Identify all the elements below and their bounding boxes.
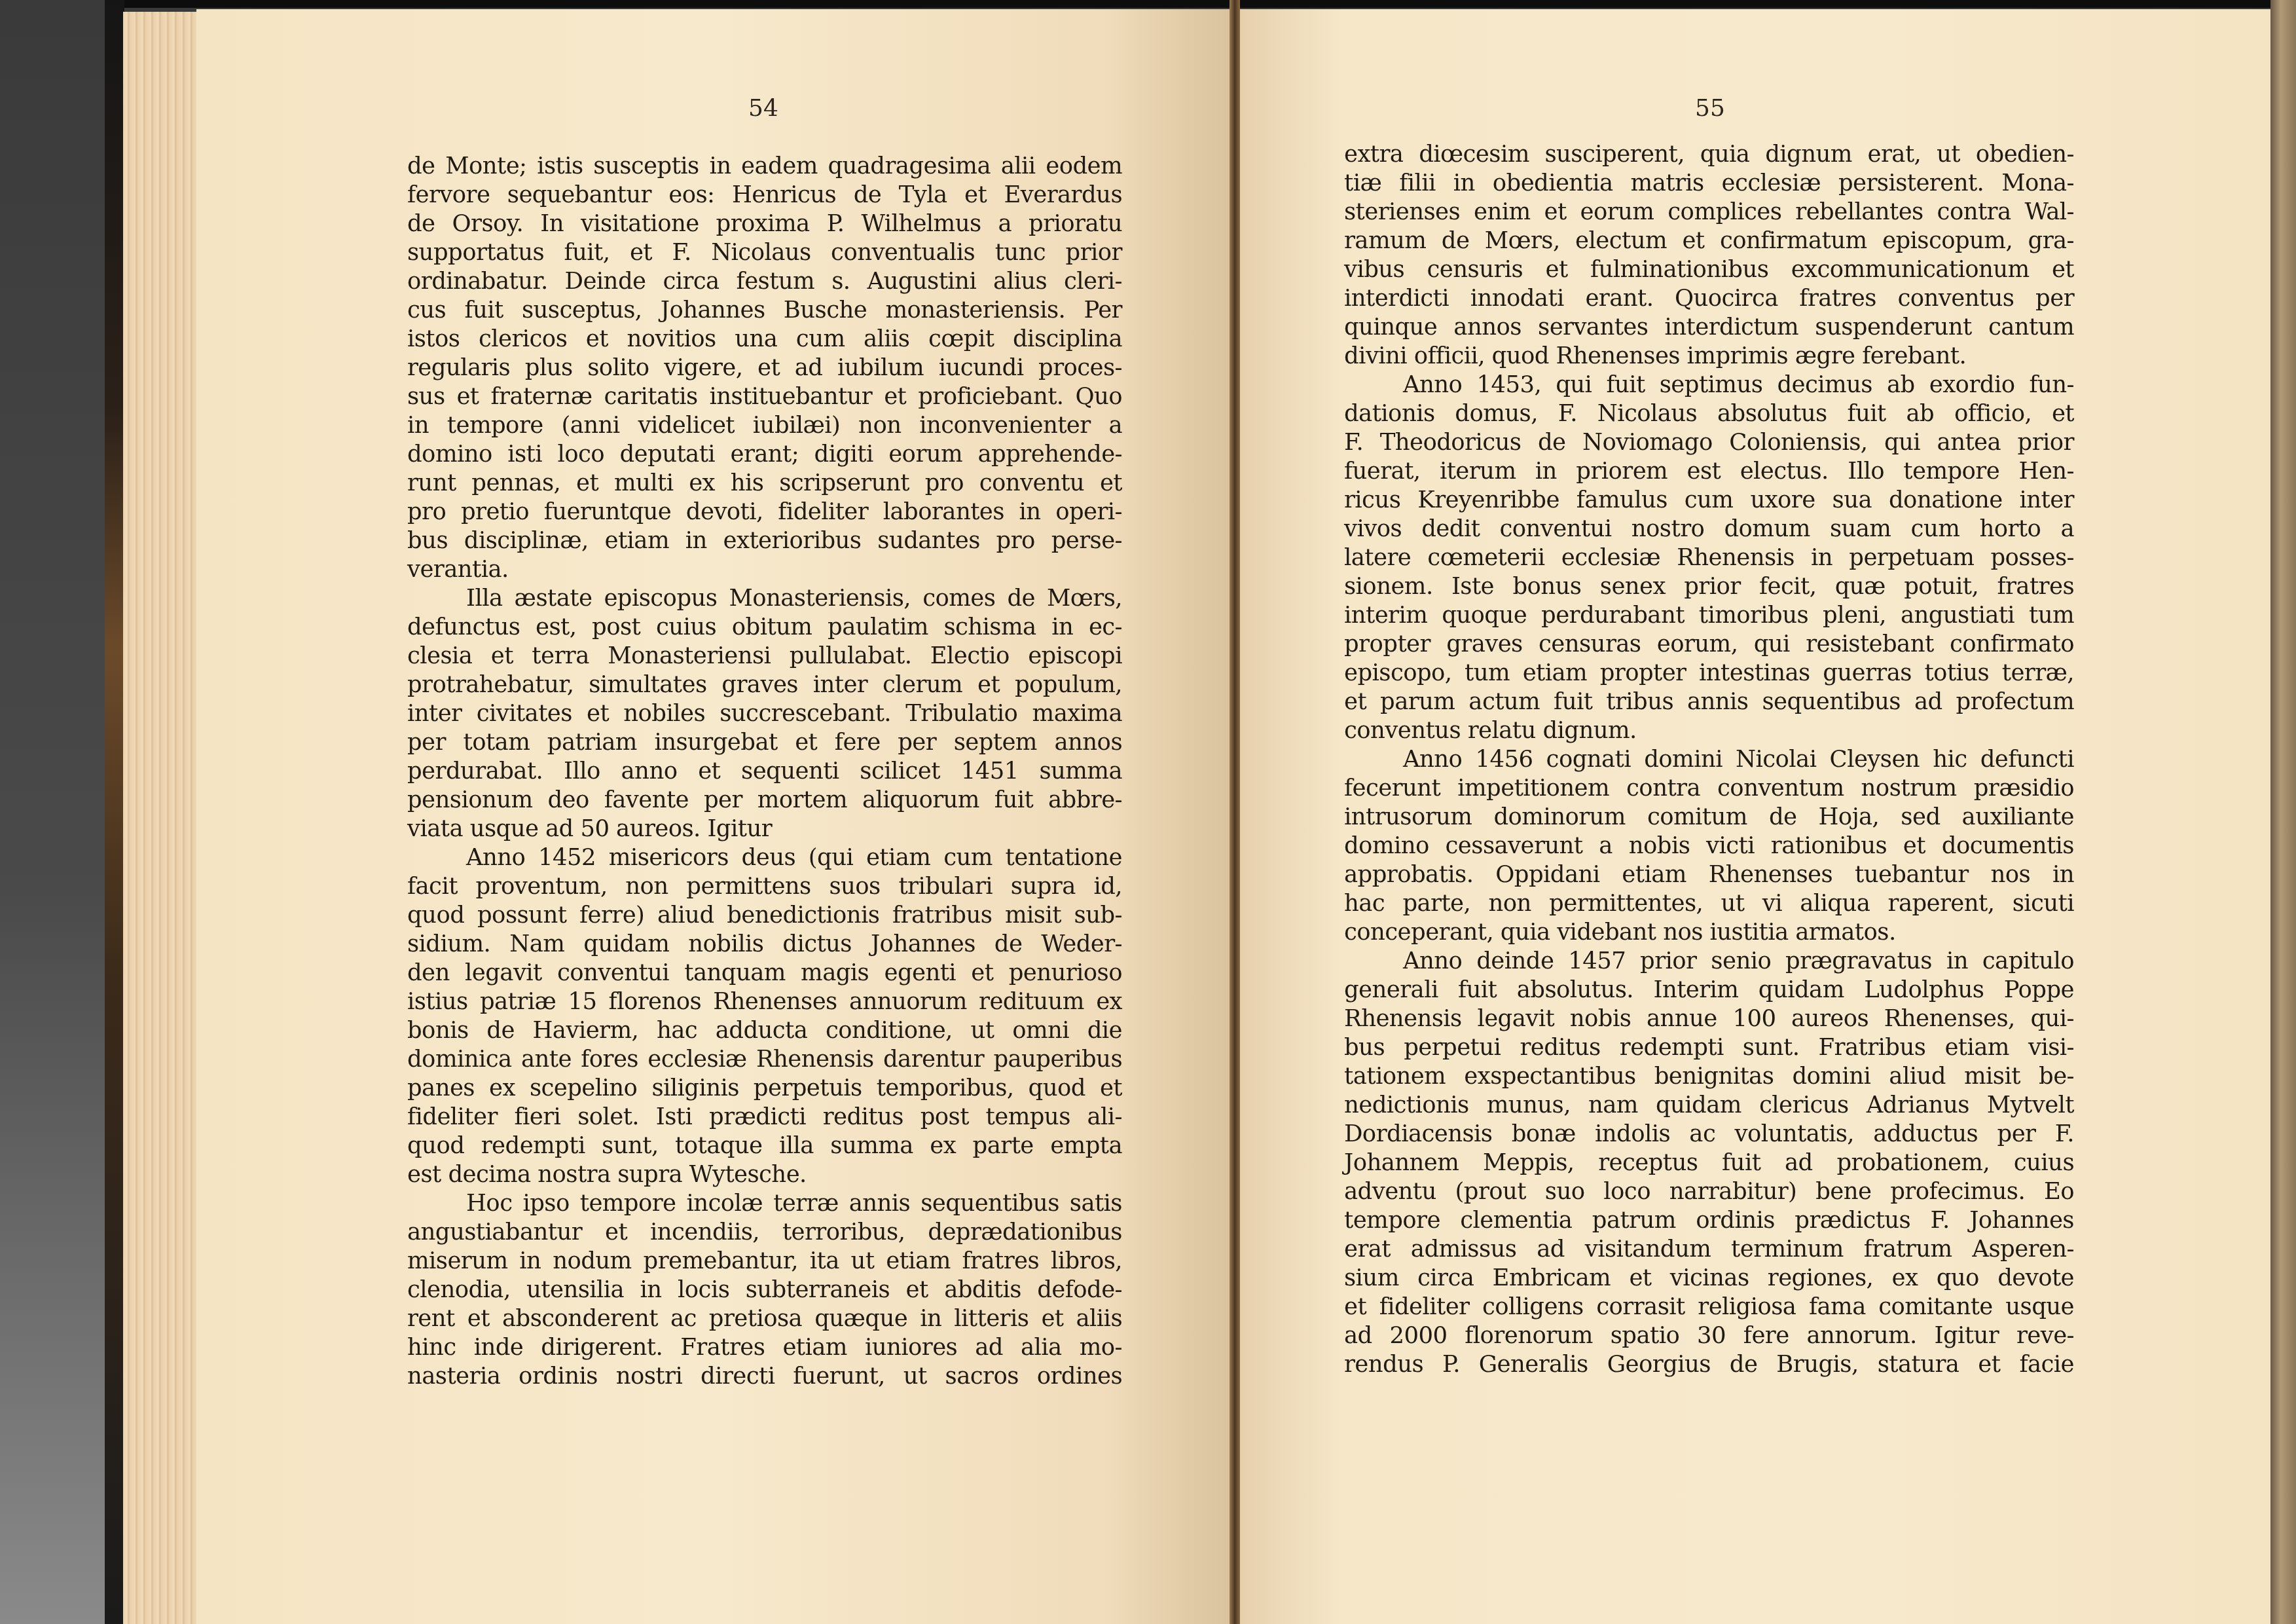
text-line: hinc inde dirigerent. Fratres etiam iuni… <box>407 1333 1122 1362</box>
text-line: tationem exspectantibus benignitas domin… <box>1344 1062 2074 1091</box>
text-line: Anno 1452 misericors deus (qui etiam cum… <box>407 843 1122 872</box>
text-line: Anno 1453, qui fuit septimus decimus ab … <box>1344 371 2074 399</box>
text-line: rent et absconderent ac pretiosa quæque … <box>407 1304 1122 1333</box>
text-line: interim quoque perdurabant timoribus ple… <box>1344 601 2074 630</box>
text-line: rendus P. Generalis Georgius de Brugis, … <box>1344 1350 2074 1379</box>
text-line: angustiabantur et incendiis, terroribus,… <box>407 1218 1122 1247</box>
text-line: fervore sequebantur eos: Henricus de Tyl… <box>407 181 1122 210</box>
text-line: bus disciplinæ, etiam in exterioribus su… <box>407 526 1122 555</box>
text-line: extra diœcesim susciperent, quia dignum … <box>1344 140 2074 169</box>
text-line: miserum in nodum premebantur, ita ut eti… <box>407 1247 1122 1276</box>
page-stack-edges <box>123 12 198 1624</box>
book-cover-left-edge <box>105 0 124 1624</box>
text-line: fideliter fieri solet. Isti prædicti red… <box>407 1103 1122 1132</box>
text-line: ad 2000 florenorum spatio 30 fere annoru… <box>1344 1321 2074 1350</box>
text-line: quod redempti sunt, totaque illa summa e… <box>407 1132 1122 1160</box>
text-line: domino isti loco deputati erant; digiti … <box>407 440 1122 469</box>
text-line: intrusorum dominorum comitum de Hoja, se… <box>1344 803 2074 832</box>
text-line: nasteria ordinis nostri directi fuerunt,… <box>407 1362 1122 1391</box>
text-line: pensionum deo favente per mortem aliquor… <box>407 786 1122 815</box>
text-line: in tempore (anni videlicet iubilæi) non … <box>407 411 1122 440</box>
text-line: verantia. <box>407 555 1122 584</box>
text-line: quod possunt ferre) aliud benedictionis … <box>407 901 1122 930</box>
text-line: Rhenensis legavit nobis annue 100 aureos… <box>1344 1005 2074 1033</box>
text-line: runt pennas, et multi ex his scripserunt… <box>407 469 1122 498</box>
text-line: bus perpetui reditus redempti sunt. Frat… <box>1344 1033 2074 1062</box>
text-line: per totam patriam insurgebat et fere per… <box>407 728 1122 757</box>
text-line: dominica ante fores ecclesiæ Rhenensis d… <box>407 1045 1122 1074</box>
text-line: clesia et terra Monasteriensi pullulabat… <box>407 642 1122 671</box>
text-line: den legavit conventui tanquam magis egen… <box>407 959 1122 987</box>
text-line: tiæ filii in obedientia matris ecclesiæ … <box>1344 169 2074 198</box>
text-line: pro pretio fueruntque devoti, fideliter … <box>407 498 1122 526</box>
book-right-edge <box>2270 0 2296 1624</box>
text-line: erat admissus ad visitandum terminum fra… <box>1344 1235 2074 1264</box>
text-line: est decima nostra supra Wytesche. <box>407 1160 1122 1189</box>
text-line: perdurabat. Illo anno et sequenti scilic… <box>407 757 1122 786</box>
text-line: istius patriæ 15 florenos Rhenenses annu… <box>407 987 1122 1016</box>
text-line: sionem. Iste bonus senex prior fecit, qu… <box>1344 572 2074 601</box>
text-line: clenodia, utensilia in locis subterranei… <box>407 1276 1122 1304</box>
text-line: et fideliter colligens corrasit religios… <box>1344 1293 2074 1321</box>
text-line: regularis plus solito vigere, et ad iubi… <box>407 354 1122 382</box>
text-line: conceperant, quia videbant nos iustitia … <box>1344 918 2074 947</box>
text-line: de Monte; istis susceptis in eadem quadr… <box>407 152 1122 181</box>
text-line: quinque annos servantes interdictum susp… <box>1344 313 2074 342</box>
text-line: Illa æstate episcopus Monasteriensis, co… <box>407 584 1122 613</box>
text-line: Dordiacensis bonæ indolis ac voluntatis,… <box>1344 1120 2074 1149</box>
text-line: ramum de Mœrs, electum et confirmatum ep… <box>1344 227 2074 255</box>
text-line: et parum actum fuit tribus annis sequent… <box>1344 688 2074 716</box>
text-line: defunctus est, post cuius obitum paulati… <box>407 613 1122 642</box>
text-line: facit proventum, non permittens suos tri… <box>407 872 1122 901</box>
page-number-right: 55 <box>1645 95 1776 122</box>
text-line: Anno deinde 1457 prior senio prægravatus… <box>1344 947 2074 976</box>
text-line: domino cessaverunt a nobis victi rationi… <box>1344 832 2074 860</box>
text-line: adventu (prout suo loco narrabitur) bene… <box>1344 1177 2074 1206</box>
text-line: Johannem Meppis, receptus fuit ad probat… <box>1344 1149 2074 1177</box>
text-line: ricus Kreyenribbe famulus cum uxore sua … <box>1344 486 2074 515</box>
text-line: hac parte, non permittentes, ut vi aliqu… <box>1344 889 2074 918</box>
text-line: Anno 1456 cognati domini Nicolai Cleysen… <box>1344 745 2074 774</box>
text-line: propter graves censuras eorum, qui resis… <box>1344 630 2074 659</box>
text-line: bonis de Havierm, hac adducta conditione… <box>407 1016 1122 1045</box>
text-line: approbatis. Oppidani etiam Rhenenses tue… <box>1344 860 2074 889</box>
text-line: protrahebatur, simultates graves inter c… <box>407 671 1122 699</box>
text-line: episcopo, tum etiam propter intestinas g… <box>1344 659 2074 688</box>
text-line: conventus relatu dignum. <box>1344 716 2074 745</box>
text-line: sidium. Nam quidam nobilis dictus Johann… <box>407 930 1122 959</box>
text-line: ordinabatur. Deinde circa festum s. Augu… <box>407 267 1122 296</box>
text-line: generali fuit absolutus. Interim quidam … <box>1344 976 2074 1005</box>
text-line: panes ex scepelino siliginis perpetuis t… <box>407 1074 1122 1103</box>
text-line: latere cœmeterii ecclesiæ Rhenensis in p… <box>1344 544 2074 572</box>
text-line: dationis domus, F. Nicolaus absolutus fu… <box>1344 399 2074 428</box>
text-line: sus et fraternæ caritatis instituebantur… <box>407 382 1122 411</box>
book-gutter <box>1230 0 1240 1624</box>
text-line: sium circa Embricam et vicinas regiones,… <box>1344 1264 2074 1293</box>
text-line: fecerunt impetitionem contra conventum n… <box>1344 774 2074 803</box>
text-line: istos clericos et novitios una cum aliis… <box>407 325 1122 354</box>
text-line: sterienses enim et eorum complices rebel… <box>1344 198 2074 227</box>
right-page-body-text: extra diœcesim susciperent, quia dignum … <box>1344 140 2074 1379</box>
text-line: inter civitates et nobiles succrescebant… <box>407 699 1122 728</box>
book-cover-top-edge <box>105 0 2296 8</box>
text-line: divini officii, quod Rhenenses imprimis … <box>1344 342 2074 371</box>
text-line: fuerat, iterum in priorem est electus. I… <box>1344 457 2074 486</box>
text-line: de Orsoy. In visitatione proxima P. Wilh… <box>407 210 1122 238</box>
text-line: cus fuit susceptus, Johannes Busche mona… <box>407 296 1122 325</box>
text-line: vivos dedit conventui nostro domum suam … <box>1344 515 2074 544</box>
text-line: supportatus fuit, et F. Nicolaus convent… <box>407 238 1122 267</box>
left-page-body-text: de Monte; istis susceptis in eadem quadr… <box>407 152 1122 1391</box>
text-line: F. Theodoricus de Noviomago Coloniensis,… <box>1344 428 2074 457</box>
text-line: vibus censuris et fulminationibus excomm… <box>1344 255 2074 284</box>
text-line: Hoc ipso tempore incolæ terræ annis sequ… <box>407 1189 1122 1218</box>
page-number-left: 54 <box>698 95 829 122</box>
text-line: viata usque ad 50 aureos. Igitur <box>407 815 1122 843</box>
text-line: nedictionis munus, nam quidam clericus A… <box>1344 1091 2074 1120</box>
text-line: tempore clementia patrum ordinis prædict… <box>1344 1206 2074 1235</box>
text-line: interdicti innodati erant. Quocirca frat… <box>1344 284 2074 313</box>
